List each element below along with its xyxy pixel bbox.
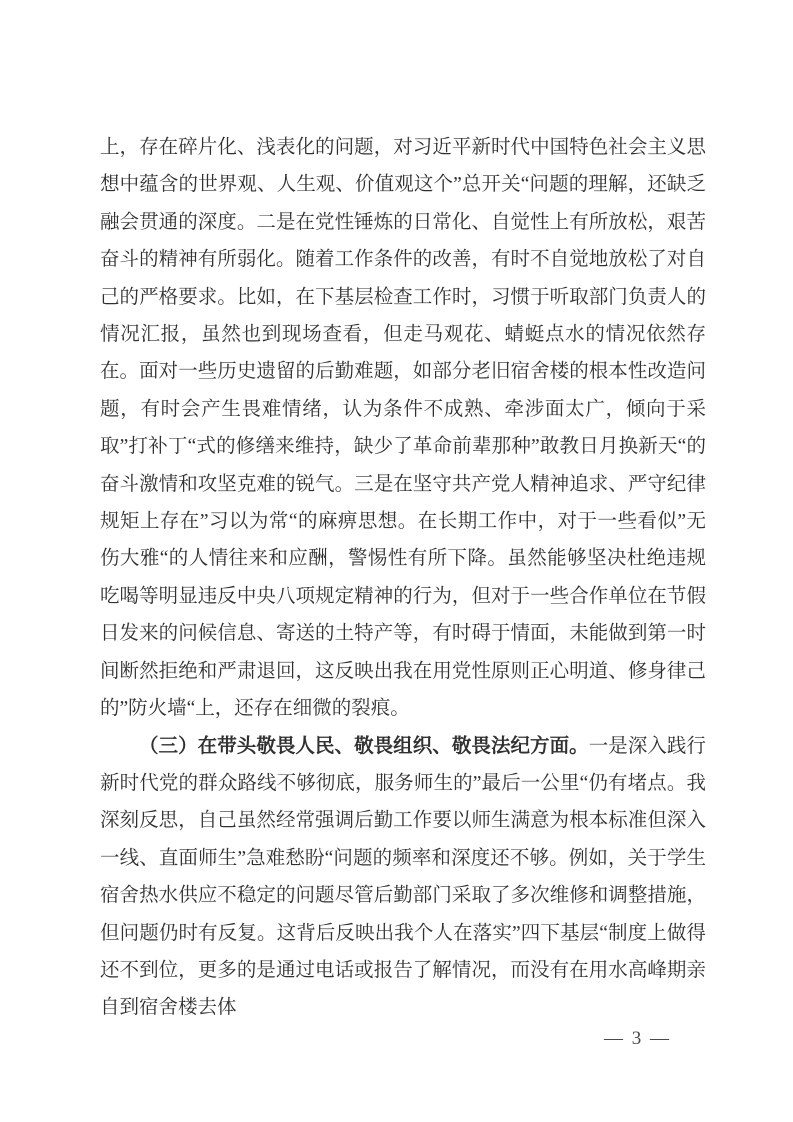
document-body: 上，存在碎片化、浅表化的问题，对习近平新时代中国特色社会主义思想中蕴含的世界观、… (100, 129, 706, 1027)
paragraph-text: 上，存在碎片化、浅表化的问题，对习近平新时代中国特色社会主义思想中蕴含的世界观、… (100, 137, 706, 719)
paragraph-text: 一是深入践行新时代党的群众路线不够彻底，服务师生的”最后一公里“仍有堵点。我深刻… (100, 736, 706, 1019)
page-number: — 3 — (604, 1028, 671, 1050)
section-heading: （三）在带头敬畏人民、敬畏组织、敬畏法纪方面。 (139, 736, 589, 757)
document-page: 上，存在碎片化、浅表化的问题，对习近平新时代中国特色社会主义思想中蕴含的世界观、… (0, 0, 793, 1122)
paragraph-section-three: （三）在带头敬畏人民、敬畏组织、敬畏法纪方面。一是深入践行新时代党的群众路线不够… (100, 728, 706, 1027)
paragraph-continuation: 上，存在碎片化、浅表化的问题，对习近平新时代中国特色社会主义思想中蕴含的世界观、… (100, 129, 706, 728)
